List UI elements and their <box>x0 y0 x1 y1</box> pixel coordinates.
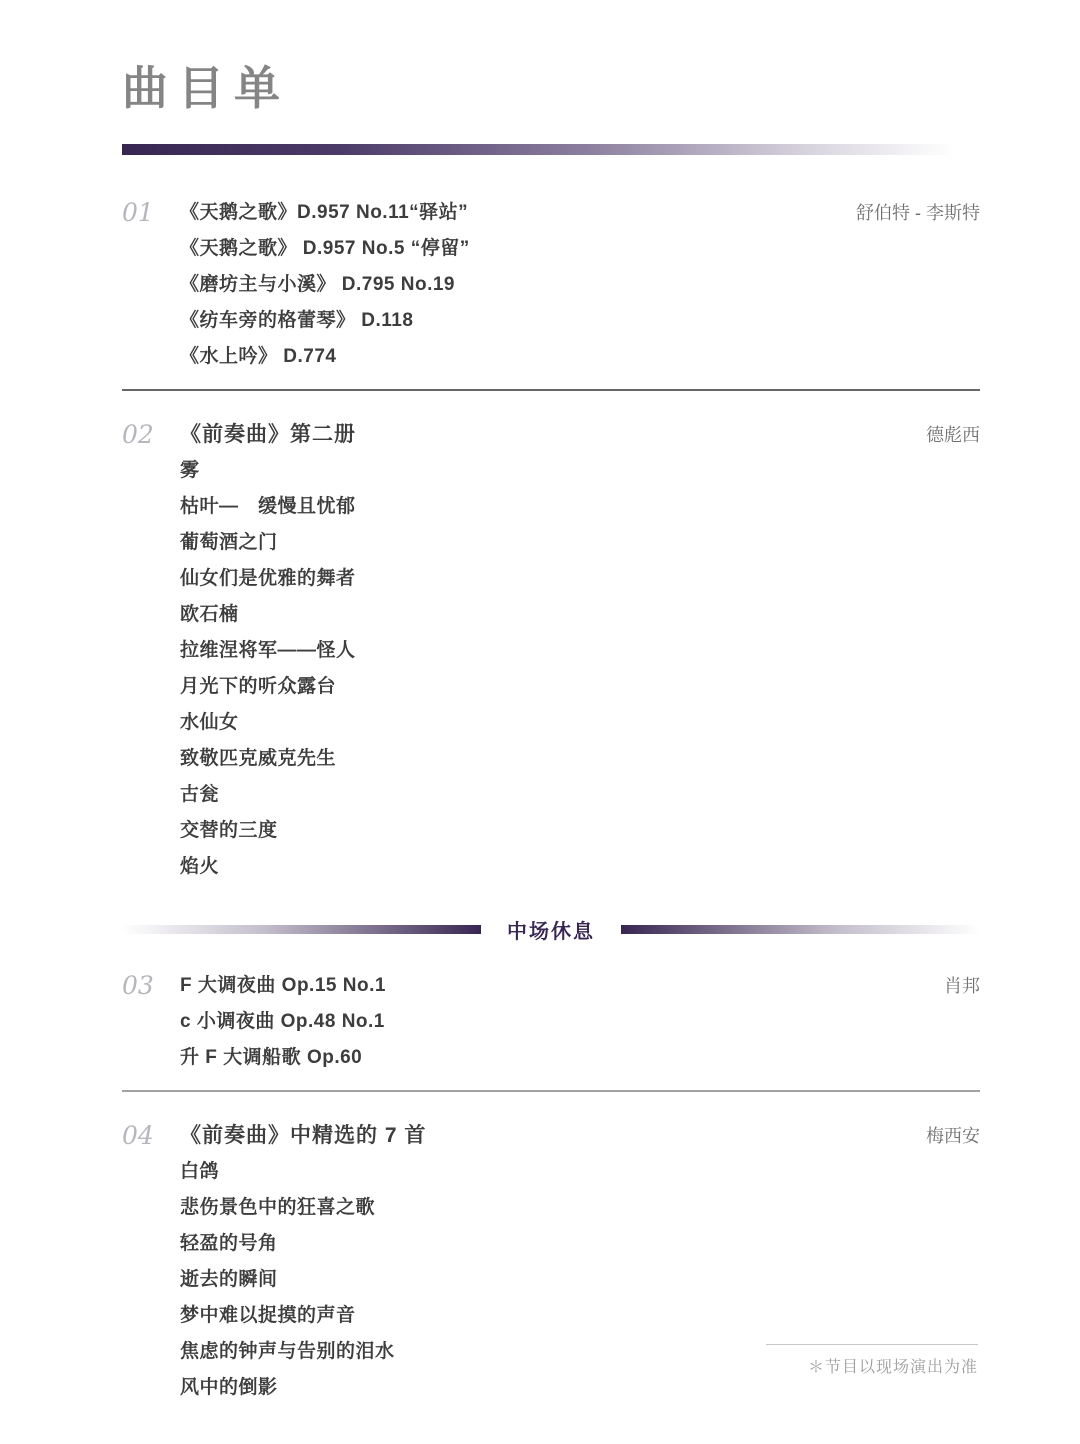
section-body: F 大调夜曲 Op.15 No.1c 小调夜曲 Op.48 No.1升 F 大调… <box>180 968 944 1076</box>
section-composer: 肖邦 <box>944 968 980 1004</box>
program-item: 致敬匹克威克先生 <box>180 741 926 777</box>
program-section: 03 F 大调夜曲 Op.15 No.1c 小调夜曲 Op.48 No.1升 F… <box>122 968 980 1076</box>
program-item: 月光下的听众露台 <box>180 669 926 705</box>
program-item: 枯叶— 缓慢且忧郁 <box>180 489 926 525</box>
page-title: 曲目单 <box>122 52 980 118</box>
section-body: 《前奏曲》第二册 雾枯叶— 缓慢且忧郁葡萄酒之门仙女们是优雅的舞者欧石楠拉维涅将… <box>180 417 926 885</box>
section-composer: 梅西安 <box>926 1118 980 1154</box>
program-item: 葡萄酒之门 <box>180 525 926 561</box>
program-item: 焰火 <box>180 849 926 885</box>
section-divider <box>122 1090 980 1092</box>
concert-program-page: 曲目单 01 《天鹅之歌》D.957 No.11“驿站”《天鹅之歌》 D.957… <box>0 0 1080 1444</box>
program-item: 轻盈的号角 <box>180 1226 926 1262</box>
section-body: 《天鹅之歌》D.957 No.11“驿站”《天鹅之歌》 D.957 No.5 “… <box>180 195 856 375</box>
program-item: 逝去的瞬间 <box>180 1262 926 1298</box>
section-header: 《前奏曲》第二册 <box>180 417 926 453</box>
section-number: 04 <box>122 1118 180 1154</box>
section-composer: 德彪西 <box>926 417 980 453</box>
program-item: 古瓮 <box>180 777 926 813</box>
program-item: 《水上吟》 D.774 <box>180 339 856 375</box>
program-section: 01 《天鹅之歌》D.957 No.11“驿站”《天鹅之歌》 D.957 No.… <box>122 195 980 375</box>
program-content: 曲目单 01 《天鹅之歌》D.957 No.11“驿站”《天鹅之歌》 D.957… <box>0 0 1080 1406</box>
program-item: 《磨坊主与小溪》 D.795 No.19 <box>180 267 856 303</box>
section-number: 03 <box>122 968 180 1004</box>
title-accent-bar <box>122 144 980 155</box>
intermission-label: 中场休息 <box>481 915 621 944</box>
program-item: 白鸽 <box>180 1154 926 1190</box>
program-item: 水仙女 <box>180 705 926 741</box>
section-composer: 舒伯特 - 李斯特 <box>856 195 980 231</box>
program-item: c 小调夜曲 Op.48 No.1 <box>180 1004 944 1040</box>
program-item: 欧石楠 <box>180 597 926 633</box>
program-item: 拉维涅将军——怪人 <box>180 633 926 669</box>
program-item: 悲伤景色中的狂喜之歌 <box>180 1190 926 1226</box>
section-number: 02 <box>122 417 180 453</box>
section-items: 雾枯叶— 缓慢且忧郁葡萄酒之门仙女们是优雅的舞者欧石楠拉维涅将军——怪人月光下的… <box>180 453 926 885</box>
program-item: 《纺车旁的格蕾琴》 D.118 <box>180 303 856 339</box>
footer-note: ＊节目以现场演出为准 <box>766 1344 978 1377</box>
program-section: 02 《前奏曲》第二册 雾枯叶— 缓慢且忧郁葡萄酒之门仙女们是优雅的舞者欧石楠拉… <box>122 417 980 885</box>
section-number: 01 <box>122 195 180 231</box>
program-item: 《天鹅之歌》 D.957 No.5 “停留” <box>180 231 856 267</box>
program-sections: 01 《天鹅之歌》D.957 No.11“驿站”《天鹅之歌》 D.957 No.… <box>122 195 980 1406</box>
section-header: 《前奏曲》中精选的 7 首 <box>180 1118 926 1154</box>
section-divider <box>122 389 980 391</box>
section-items: 《天鹅之歌》D.957 No.11“驿站”《天鹅之歌》 D.957 No.5 “… <box>180 195 856 375</box>
intermission-bar-left-icon <box>122 925 481 934</box>
program-item: 梦中难以捉摸的声音 <box>180 1298 926 1334</box>
program-item: 《天鹅之歌》D.957 No.11“驿站” <box>180 195 856 231</box>
program-item: F 大调夜曲 Op.15 No.1 <box>180 968 944 1004</box>
intermission-row: 中场休息 <box>122 915 980 944</box>
program-item: 升 F 大调船歌 Op.60 <box>180 1040 944 1076</box>
program-item: 仙女们是优雅的舞者 <box>180 561 926 597</box>
program-item: 雾 <box>180 453 926 489</box>
intermission-bar-right-icon <box>621 925 980 934</box>
section-items: F 大调夜曲 Op.15 No.1c 小调夜曲 Op.48 No.1升 F 大调… <box>180 968 944 1076</box>
program-item: 交替的三度 <box>180 813 926 849</box>
